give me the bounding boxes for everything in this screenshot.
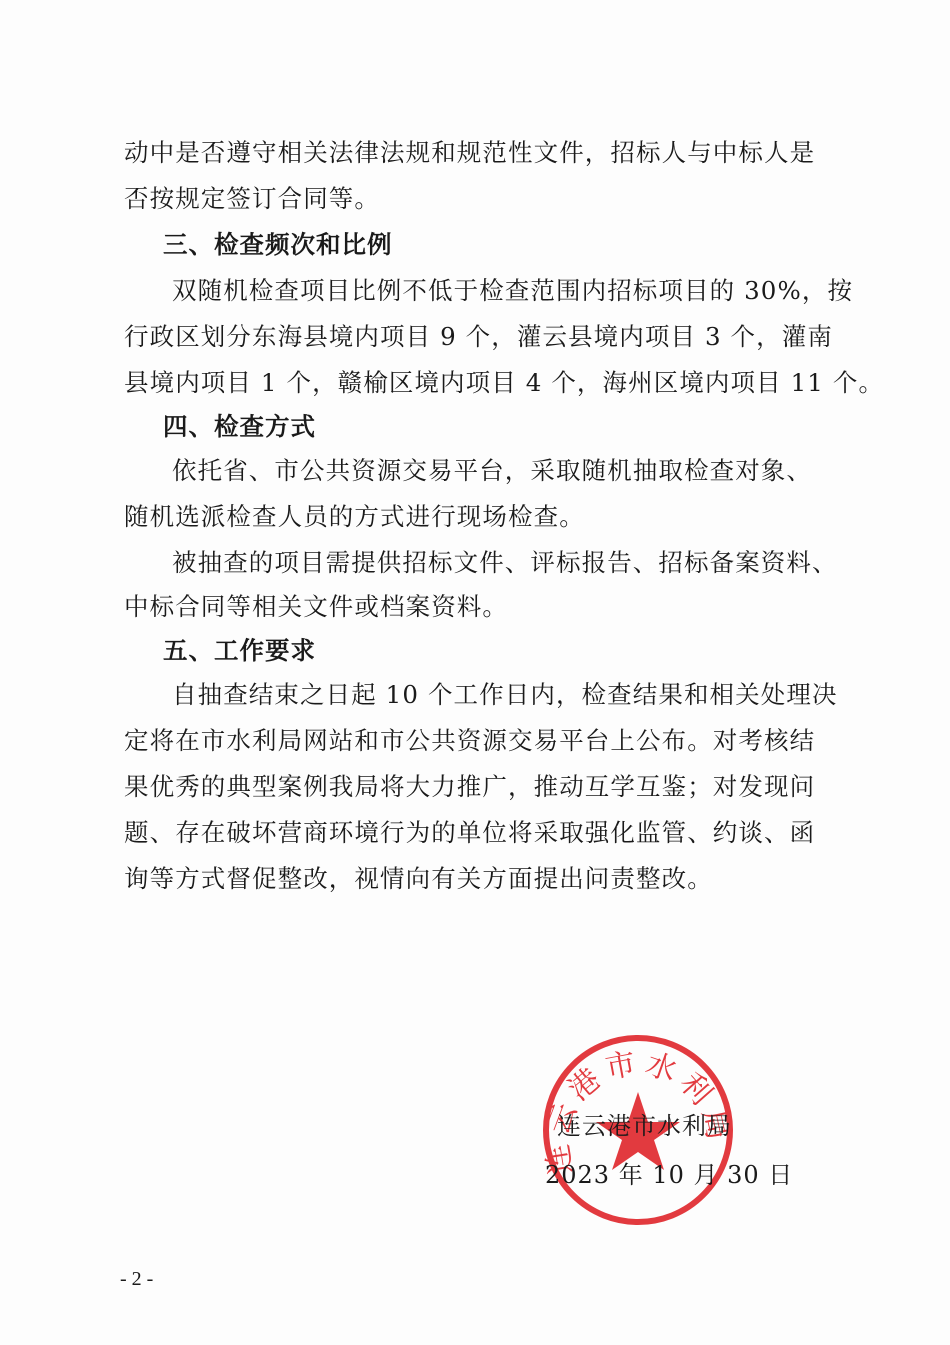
body-line: 询等方式督促整改，视情向有关方面提出问责整改。 [124,856,824,902]
signature-organization: 连云港市水利局 [557,1106,732,1141]
body-line: 中标合同等相关文件或档案资料。 [124,584,824,630]
body-line: 行政区划分东海县境内项目 9 个，灌云县境内项目 3 个，灌南 [124,314,824,360]
signature-date: 2023 年 10 月 30 日 [545,1155,793,1190]
body-line: 县境内项目 1 个，赣榆区境内项目 4 个，海州区境内项目 11 个。 [124,360,824,406]
section-heading: 四、检查方式 [163,404,863,450]
body-line: 依托省、市公共资源交易平台，采取随机抽取检查对象、 [172,448,872,494]
body-line: 随机选派检查人员的方式进行现场检查。 [124,494,824,540]
body-line: 果优秀的典型案例我局将大力推广，推动互学互鉴；对发现问 [124,764,824,810]
document-page: 动中是否遵守相关法律法规和规范性文件，招标人与中标人是 否按规定签订合同等。 三… [0,0,950,1345]
body-line: 被抽查的项目需提供招标文件、评标报告、招标备案资料、 [172,540,872,586]
page-number: - 2 - [120,1268,153,1291]
body-line: 否按规定签订合同等。 [124,176,824,222]
body-line: 自抽查结束之日起 10 个工作日内，检查结果和相关处理决 [172,672,872,718]
body-line: 定将在市水利局网站和市公共资源交易平台上公布。对考核结 [124,718,824,764]
section-heading: 五、工作要求 [163,628,863,674]
section-heading: 三、检查频次和比例 [163,222,863,268]
body-line: 动中是否遵守相关法律法规和规范性文件，招标人与中标人是 [124,130,824,176]
body-line: 题、存在破坏营商环境行为的单位将采取强化监管、约谈、函 [124,810,824,856]
body-line: 双随机检查项目比例不低于检查范围内招标项目的 30%，按 [172,268,872,314]
